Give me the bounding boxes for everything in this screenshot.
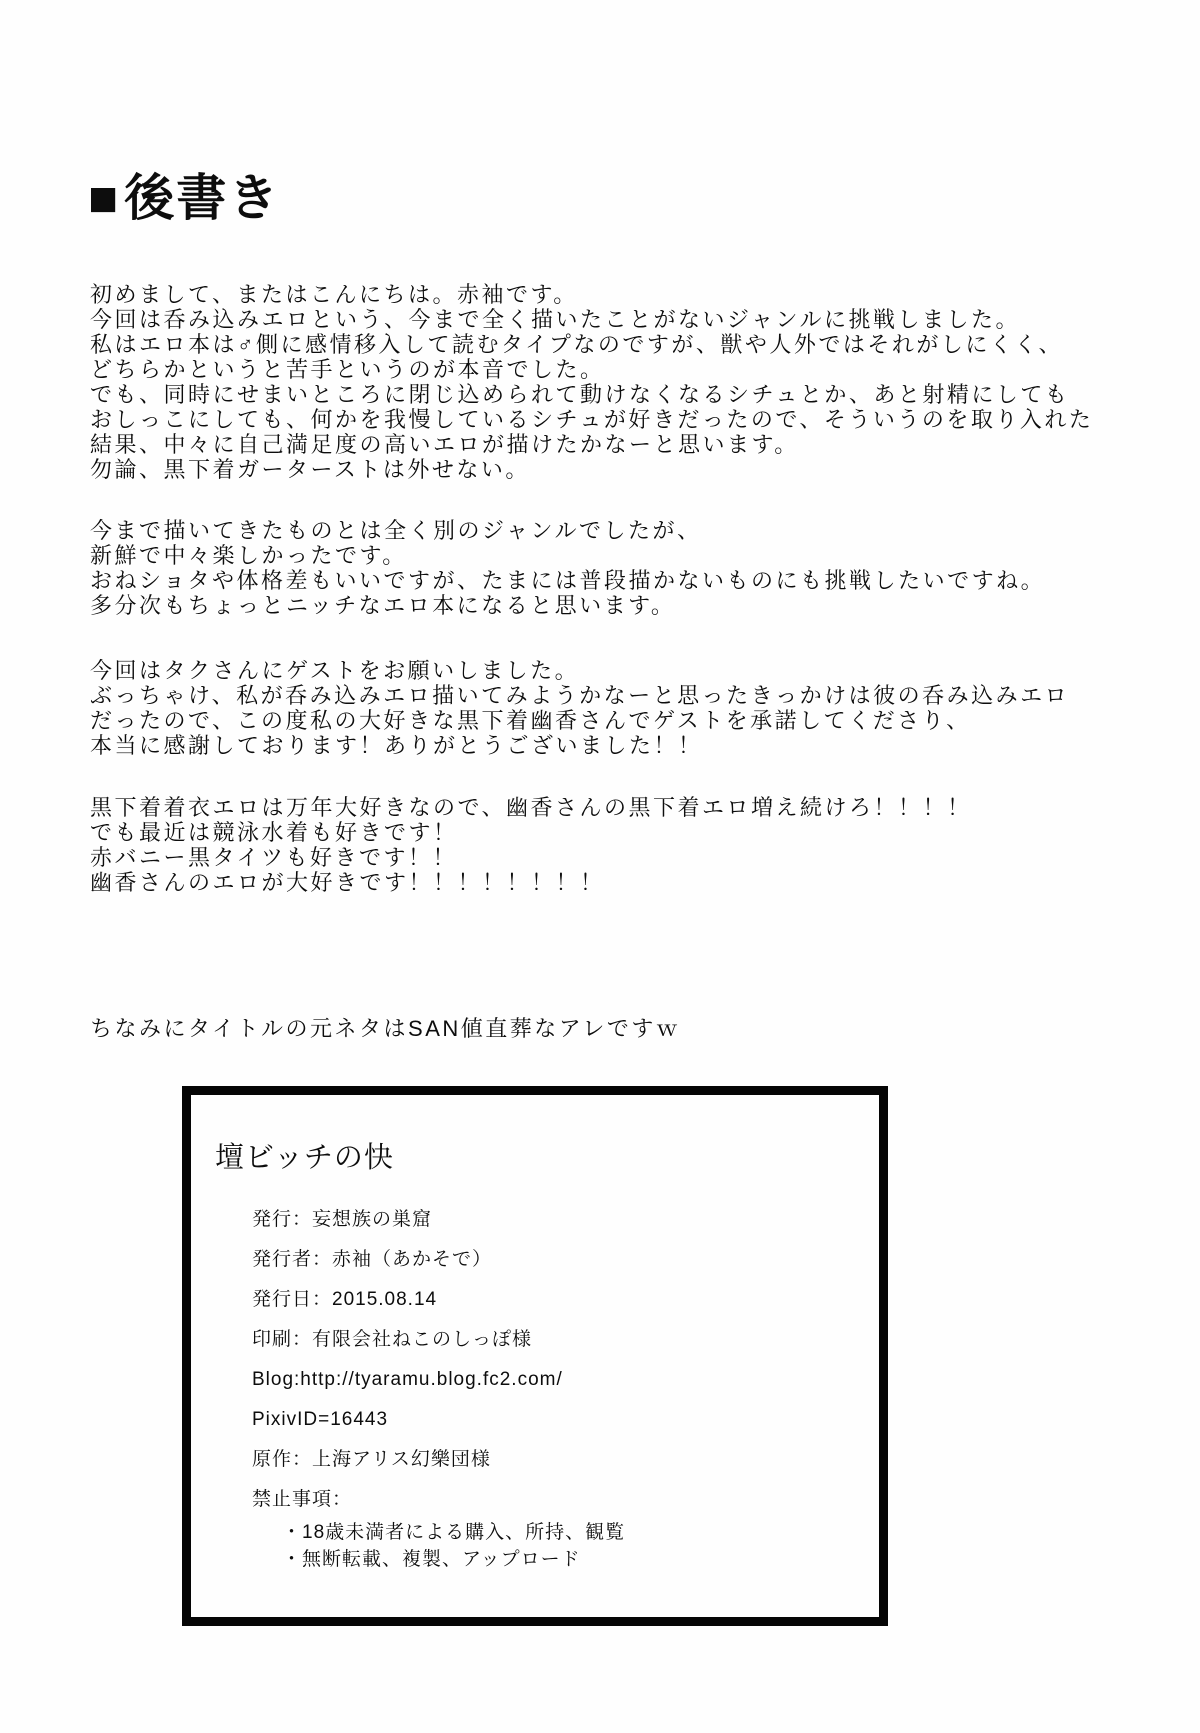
text-line: 私はエロ本は♂側に感情移入して読むタイプなのですが、獣や人外ではそれがしにくく、 bbox=[90, 332, 1093, 357]
colophon-entry-publish-date: 発行日：2015.08.14 bbox=[252, 1280, 563, 1320]
text-line: 勿論、黒下着ガーターストは外せない。 bbox=[90, 457, 1093, 482]
prohibited-list: ・18歳未満者による購入、所持、観覧 ・無断転載、複製、アップロード bbox=[282, 1519, 625, 1573]
afterword-paragraph-1: 初めまして、またはこんにちは。赤袖です。 今回は呑み込みエロという、今まで全く描… bbox=[90, 282, 1093, 482]
colophon-entry-publisher-person: 発行者：赤袖（あかそで） bbox=[252, 1240, 563, 1280]
text-line: 赤バニー黒タイツも好きです！！ bbox=[90, 845, 972, 870]
text-line: 本当に感謝しております！ありがとうございました！！ bbox=[90, 733, 1069, 758]
text-line: どちらかというと苦手というのが本音でした。 bbox=[90, 357, 1093, 382]
text-line: でも、同時にせまいところに閉じ込められて動けなくなるシチュとか、あと射精にしても bbox=[90, 382, 1093, 407]
colophon-book-title: 壇ビッチの快 bbox=[215, 1135, 394, 1176]
text-line: 多分次もちょっとニッチなエロ本になると思います。 bbox=[90, 593, 1045, 618]
text-line: 黒下着着衣エロは万年大好きなので、幽香さんの黒下着エロ増え続けろ！！！！ bbox=[90, 795, 972, 820]
text-line: だったので、この度私の大好きな黒下着幽香さんでゲストを承諾してくださり、 bbox=[90, 708, 1069, 733]
afterword-page: ■後書き 初めまして、またはこんにちは。赤袖です。 今回は呑み込みエロという、今… bbox=[0, 0, 1200, 1733]
page-title: ■後書き bbox=[88, 158, 280, 230]
colophon-entry-pixiv-id: PixivID=16443 bbox=[252, 1400, 563, 1440]
text-line: 今回はタクさんにゲストをお願いしました。 bbox=[90, 658, 1069, 683]
afterword-paragraph-3: 今回はタクさんにゲストをお願いしました。 ぶっちゃけ、私が呑み込みエロ描いてみよ… bbox=[90, 658, 1069, 758]
text-line: 新鮮で中々楽しかったです。 bbox=[90, 543, 1045, 568]
colophon-entry-blog-url: Blog:http://tyaramu.blog.fc2.com/ bbox=[252, 1360, 563, 1400]
colophon-entry-original-work: 原作：上海アリス幻樂団様 bbox=[252, 1440, 563, 1480]
text-line: 今回は呑み込みエロという、今まで全く描いたことがないジャンルに挑戦しました。 bbox=[90, 307, 1093, 332]
text-line: おねショタや体格差もいいですが、たまには普段描かないものにも挑戦したいですね。 bbox=[90, 568, 1045, 593]
colophon-entry-publisher-circle: 発行：妄想族の巣窟 bbox=[252, 1200, 563, 1240]
text-line: ぶっちゃけ、私が呑み込みエロ描いてみようかなーと思ったきっかけは彼の呑み込みエロ bbox=[90, 683, 1069, 708]
prohibited-item: ・18歳未満者による購入、所持、観覧 bbox=[282, 1519, 625, 1546]
colophon-entries: 発行：妄想族の巣窟 発行者：赤袖（あかそで） 発行日：2015.08.14 印刷… bbox=[252, 1200, 563, 1520]
text-line: おしっこにしても、何かを我慢しているシチュが好きだったので、そういうのを取り入れ… bbox=[90, 407, 1093, 432]
colophon-entry-printer: 印刷：有限会社ねこのしっぽ様 bbox=[252, 1320, 563, 1360]
afterword-paragraph-2: 今まで描いてきたものとは全く別のジャンルでしたが、 新鮮で中々楽しかったです。 … bbox=[90, 518, 1045, 618]
prohibited-item: ・無断転載、複製、アップロード bbox=[282, 1546, 625, 1573]
text-line: 今まで描いてきたものとは全く別のジャンルでしたが、 bbox=[90, 518, 1045, 543]
text-line: 結果、中々に自己満足度の高いエロが描けたかなーと思います。 bbox=[90, 432, 1093, 457]
text-line: 初めまして、またはこんにちは。赤袖です。 bbox=[90, 282, 1093, 307]
colophon-entry-prohibitions-label: 禁止事項： bbox=[252, 1480, 563, 1520]
afterword-paragraph-4: 黒下着着衣エロは万年大好きなので、幽香さんの黒下着エロ増え続けろ！！！！ でも最… bbox=[90, 795, 972, 895]
page-title-text: 後書き bbox=[124, 170, 280, 226]
text-line: 幽香さんのエロが大好きです！！！！！！！！ bbox=[90, 870, 972, 895]
title-origin-note: ちなみにタイトルの元ネタはSAN値直葬なアレですｗ bbox=[90, 1012, 680, 1043]
text-line: でも最近は競泳水着も好きです！ bbox=[90, 820, 972, 845]
heading-square-icon: ■ bbox=[88, 169, 120, 227]
colophon-box: 壇ビッチの快 発行：妄想族の巣窟 発行者：赤袖（あかそで） 発行日：2015.0… bbox=[182, 1086, 888, 1626]
